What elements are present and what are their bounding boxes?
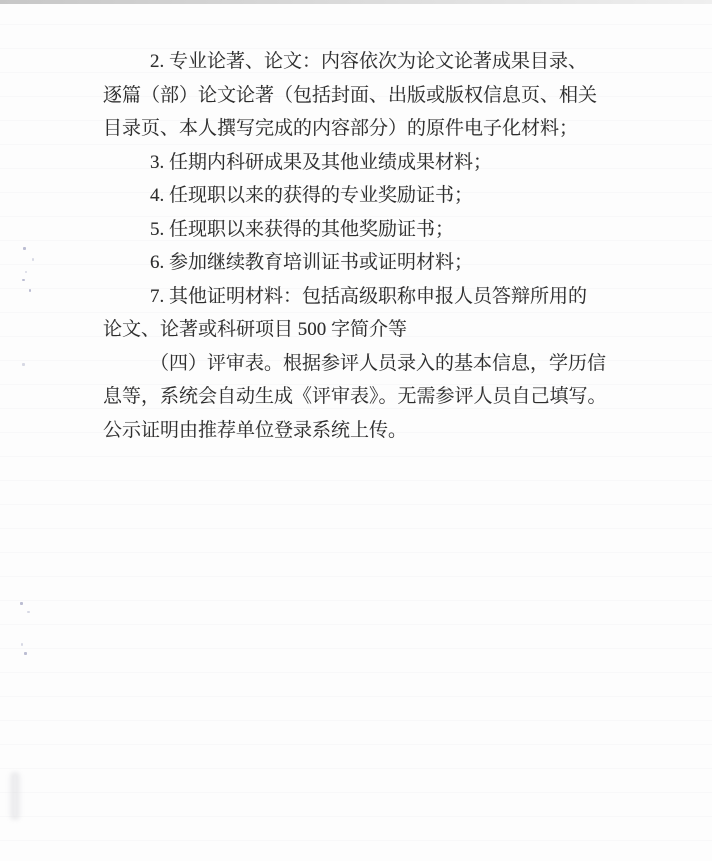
scan-smudge <box>10 772 20 820</box>
scan-speck <box>27 611 30 613</box>
scan-speck <box>22 363 25 366</box>
scan-speck <box>25 271 27 273</box>
paragraph-item-2: 2. 专业论著、论文：内容依次为论文论著成果目录、 逐篇（部）论文论著（包括封面… <box>103 45 605 146</box>
document-line: 息等，系统会自动生成《评审表》。无需参评人员自己填写。 <box>103 380 605 414</box>
document-line: 7. 其他证明材料：包括高级职称申报人员答辩所用的 <box>103 280 605 314</box>
document-text: 2. 专业论著、论文：内容依次为论文论著成果目录、 逐篇（部）论文论著（包括封面… <box>103 45 605 447</box>
paragraph-section-4: （四）评审表。根据参评人员录入的基本信息，学历信 息等，系统会自动生成《评审表》… <box>103 347 605 448</box>
document-line: 4. 任现职以来的获得的专业奖励证书； <box>103 179 605 213</box>
scan-speck <box>22 279 25 281</box>
scan-speck <box>32 258 34 261</box>
document-line: （四）评审表。根据参评人员录入的基本信息，学历信 <box>103 347 605 381</box>
paragraph-item-5: 5. 任现职以来获得的其他奖励证书； <box>103 213 605 247</box>
document-line: 3. 任期内科研成果及其他业绩成果材料； <box>103 146 605 180</box>
paragraph-item-7: 7. 其他证明材料：包括高级职称申报人员答辩所用的 论文、论著或科研项目 500… <box>103 280 605 347</box>
document-line: 论文、论著或科研项目 500 字简介等 <box>103 313 605 347</box>
scan-speck <box>21 643 23 646</box>
scan-speck <box>20 602 23 605</box>
document-line: 5. 任现职以来获得的其他奖励证书； <box>103 213 605 247</box>
paragraph-item-6: 6. 参加继续教育培训证书或证明材料； <box>103 246 605 280</box>
document-line: 2. 专业论著、论文：内容依次为论文论著成果目录、 <box>103 45 605 79</box>
scan-speck <box>29 289 31 292</box>
document-line: 6. 参加继续教育培训证书或证明材料； <box>103 246 605 280</box>
document-line: 逐篇（部）论文论著（包括封面、出版或版权信息页、相关 <box>103 79 605 113</box>
scan-speck <box>24 652 27 655</box>
scanned-document-page: 2. 专业论著、论文：内容依次为论文论著成果目录、 逐篇（部）论文论著（包括封面… <box>0 0 712 861</box>
scan-top-edge <box>0 0 712 4</box>
document-line: 公示证明由推荐单位登录系统上传。 <box>103 414 605 448</box>
paragraph-item-4: 4. 任现职以来的获得的专业奖励证书； <box>103 179 605 213</box>
paragraph-item-3: 3. 任期内科研成果及其他业绩成果材料； <box>103 146 605 180</box>
document-line: 目录页、本人撰写完成的内容部分）的原件电子化材料； <box>103 112 605 146</box>
scan-speck <box>23 247 26 250</box>
